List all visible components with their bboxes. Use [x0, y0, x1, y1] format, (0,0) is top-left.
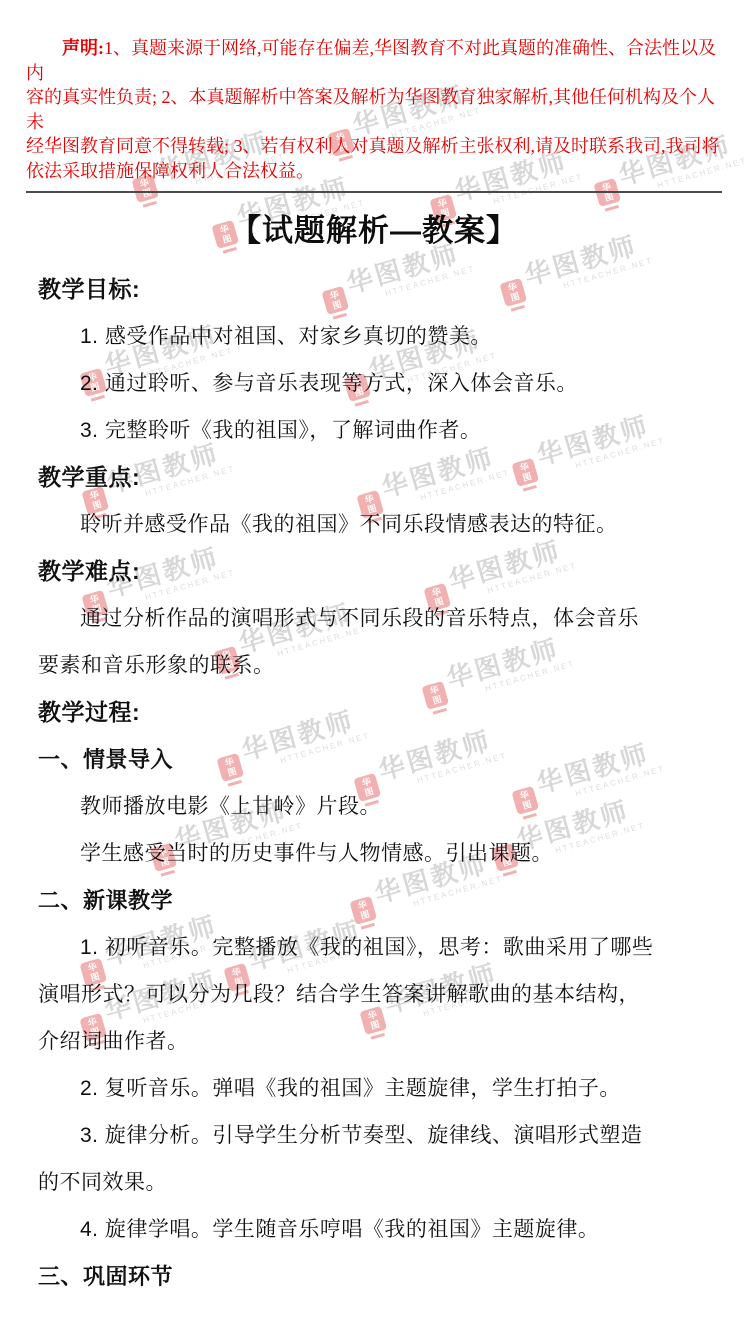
new-lesson-step-2: 2. 复听音乐。弹唱《我的祖国》主题旋律，学生打拍子。	[38, 1065, 710, 1112]
disclaimer-text: 1、真题来源于网络,可能存在偏差,华图教育不对此真题的准确性、合法性以及内 容的…	[26, 38, 720, 181]
goal-item-2: 2. 通过聆听、参与音乐表现等方式，深入体会音乐。	[38, 360, 710, 407]
section-heading-teaching-difficulty: 教学难点:	[38, 548, 710, 595]
new-lesson-step-3: 3. 旋律分析。引导学生分析节奏型、旋律线、演唱形式塑造 的不同效果。	[38, 1112, 710, 1206]
document-body: 声明:1、真题来源于网络,可能存在偏差,华图教育不对此真题的准确性、合法性以及内…	[0, 36, 748, 1300]
lesson-plan-content: 教学目标: 1. 感受作品中对祖国、对家乡真切的赞美。 2. 通过聆听、参与音乐…	[38, 266, 710, 1300]
section-heading-teaching-focus: 教学重点:	[38, 454, 710, 501]
disclaimer-label: 声明:	[62, 38, 104, 58]
section-heading-teaching-goals: 教学目标:	[38, 266, 710, 313]
subsection-new-lesson: 二、新课教学	[38, 877, 710, 924]
focus-paragraph: 聆听并感受作品《我的祖国》不同乐段情感表达的特征。	[38, 501, 710, 548]
horizontal-divider	[26, 191, 722, 193]
new-lesson-step-4: 4. 旋律学唱。学生随音乐哼唱《我的祖国》主题旋律。	[38, 1206, 710, 1253]
intro-step-2: 学生感受当时的历史事件与人物情感。引出课题。	[38, 830, 710, 877]
intro-step-1: 教师播放电影《上甘岭》片段。	[38, 783, 710, 830]
page-title: 【试题解析—教案】	[0, 205, 748, 250]
section-heading-teaching-process: 教学过程:	[38, 689, 710, 736]
subsection-consolidation: 三、巩固环节	[38, 1253, 710, 1300]
new-lesson-step-1: 1. 初听音乐。完整播放《我的祖国》，思考：歌曲采用了哪些 演唱形式？可以分为几…	[38, 924, 710, 1065]
goal-item-3: 3. 完整聆听《我的祖国》，了解词曲作者。	[38, 407, 710, 454]
document-page: 华图华图教师HTTEACHER.NET华图华图教师HTTEACHER.NET华图…	[0, 0, 748, 1335]
disclaimer-paragraph: 声明:1、真题来源于网络,可能存在偏差,华图教育不对此真题的准确性、合法性以及内…	[26, 36, 722, 183]
difficulty-paragraph: 通过分析作品的演唱形式与不同乐段的音乐特点，体会音乐 要素和音乐形象的联系。	[38, 595, 710, 689]
subsection-scene-introduction: 一、情景导入	[38, 736, 710, 783]
goal-item-1: 1. 感受作品中对祖国、对家乡真切的赞美。	[38, 313, 710, 360]
